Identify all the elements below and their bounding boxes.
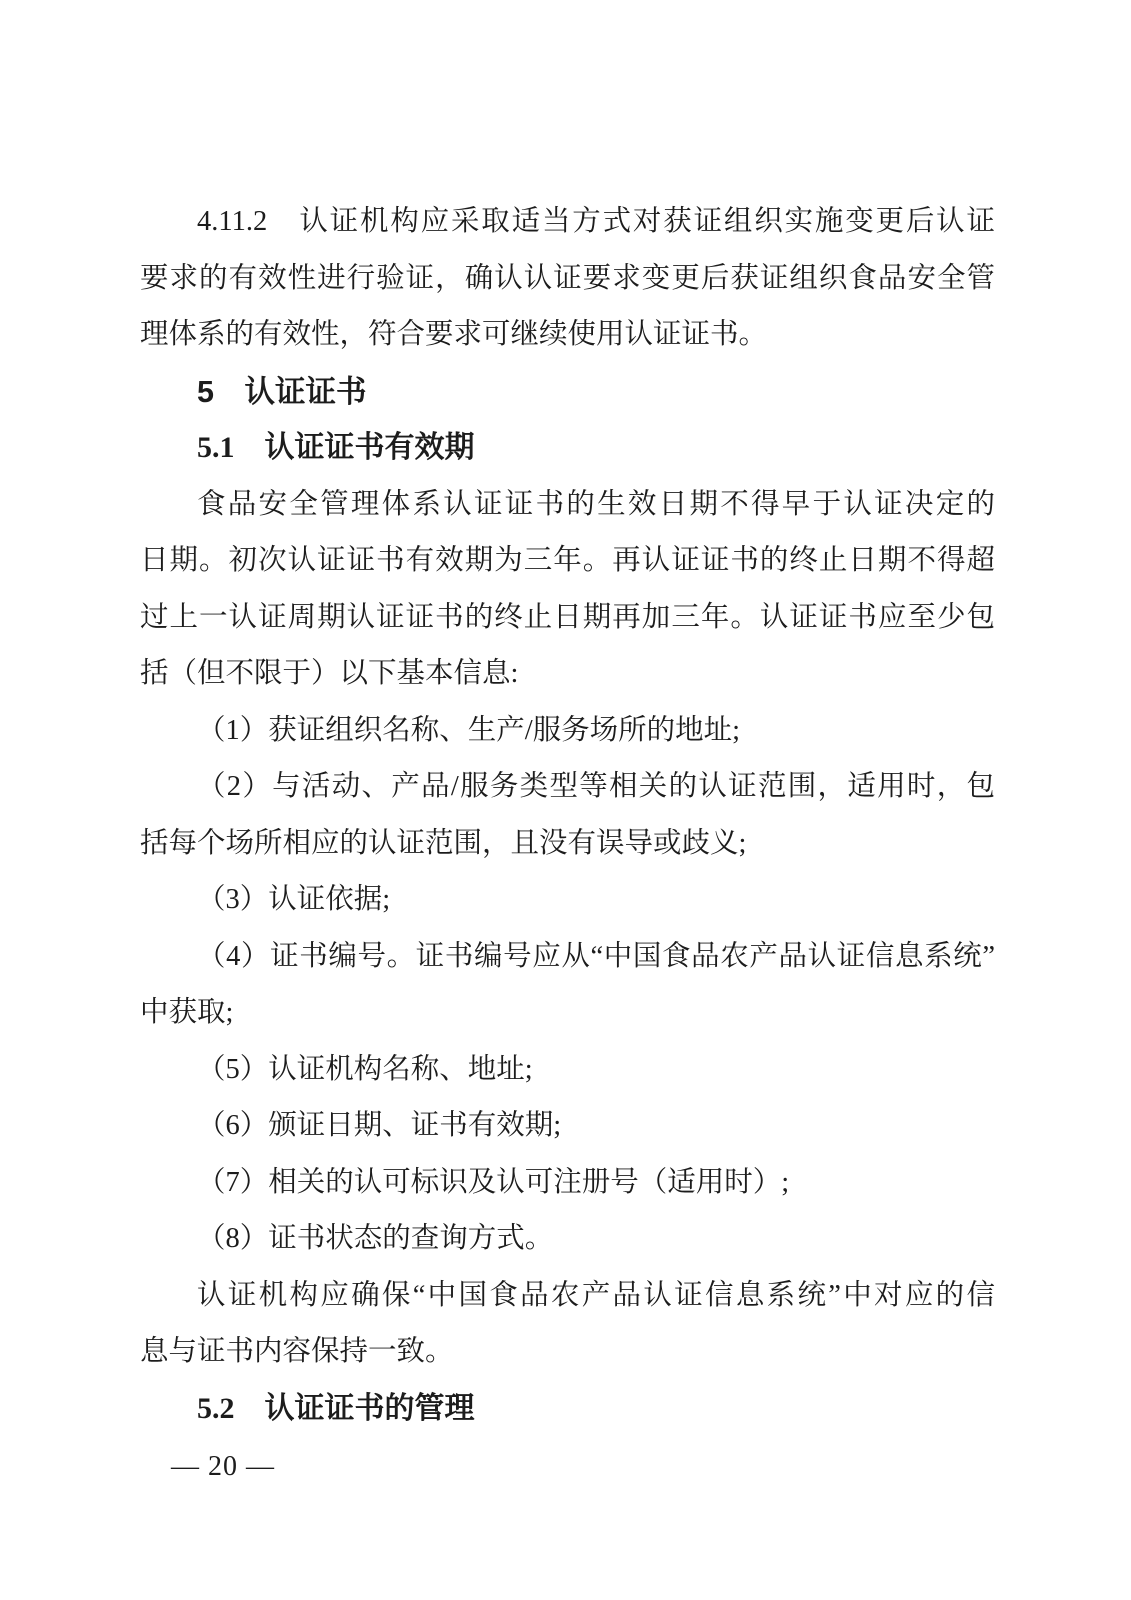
text-line: 食品安全管理体系认证证书的生效日期不得早于认证决定的 [140, 477, 995, 534]
text-line: （6）颁证日期、证书有效期; [140, 1098, 995, 1155]
text-line: （2）与活动、产品/服务类型等相关的认证范围，适用时，包 [140, 759, 995, 816]
list-item-2: （2）与活动、产品/服务类型等相关的认证范围，适用时，包 括每个场所相应的认证范… [140, 759, 995, 872]
list-item-1: （1）获证组织名称、生产/服务场所的地址; [140, 703, 995, 760]
list-item-8: （8）证书状态的查询方式。 [140, 1211, 995, 1268]
document-page: 4.11.2 认证机构应采取适当方式对获证组织实施变更后认证 要求的有效性进行验… [0, 0, 1131, 1600]
list-item-4: （4）证书编号。证书编号应从“中国食品农产品认证信息系统” 中获取; [140, 929, 995, 1042]
section-5-1-heading: 5.1 认证证书有效期 [140, 420, 995, 477]
text-line: 息与证书内容保持一致。 [140, 1324, 995, 1381]
heading-text: 5.2 认证证书的管理 [140, 1381, 995, 1438]
paragraph-clause-4-11-2: 4.11.2 认证机构应采取适当方式对获证组织实施变更后认证 要求的有效性进行验… [140, 194, 995, 364]
list-item-5: （5）认证机构名称、地址; [140, 1042, 995, 1099]
text-line: （5）认证机构名称、地址; [140, 1042, 995, 1099]
list-item-3: （3）认证依据; [140, 872, 995, 929]
text-line: （3）认证依据; [140, 872, 995, 929]
text-line: 中获取; [140, 985, 995, 1042]
paragraph-information-consistency: 认证机构应确保“中国食品农产品认证信息系统”中对应的信 息与证书内容保持一致。 [140, 1268, 995, 1381]
section-5-2-heading: 5.2 认证证书的管理 [140, 1381, 995, 1438]
text-line: 4.11.2 认证机构应采取适当方式对获证组织实施变更后认证 [140, 194, 995, 251]
text-line: （4）证书编号。证书编号应从“中国食品农产品认证信息系统” [140, 929, 995, 986]
heading-text: 5 认证证书 [140, 364, 995, 421]
paragraph-certificate-validity: 食品安全管理体系认证证书的生效日期不得早于认证决定的 日期。初次认证证书有效期为… [140, 477, 995, 703]
text-line: （7）相关的认可标识及认可注册号（适用时）; [140, 1155, 995, 1212]
heading-text: 5.1 认证证书有效期 [140, 420, 995, 477]
list-item-6: （6）颁证日期、证书有效期; [140, 1098, 995, 1155]
text-line: 理体系的有效性，符合要求可继续使用认证证书。 [140, 307, 995, 364]
list-item-7: （7）相关的认可标识及认可注册号（适用时）; [140, 1155, 995, 1212]
text-line: 括每个场所相应的认证范围，且没有误导或歧义; [140, 816, 995, 873]
document-content: 4.11.2 认证机构应采取适当方式对获证组织实施变更后认证 要求的有效性进行验… [140, 194, 995, 1437]
section-5-heading: 5 认证证书 [140, 364, 995, 421]
text-line: 过上一认证周期认证证书的终止日期再加三年。认证证书应至少包 [140, 590, 995, 647]
text-line: 认证机构应确保“中国食品农产品认证信息系统”中对应的信 [140, 1268, 995, 1325]
text-line: （8）证书状态的查询方式。 [140, 1211, 995, 1268]
text-line: 日期。初次认证证书有效期为三年。再认证证书的终止日期不得超 [140, 533, 995, 590]
text-line: 要求的有效性进行验证，确认认证要求变更后获证组织食品安全管 [140, 251, 995, 308]
text-line: 括（但不限于）以下基本信息: [140, 646, 995, 703]
text-line: （1）获证组织名称、生产/服务场所的地址; [140, 703, 995, 760]
page-number: — 20 — [171, 1447, 275, 1487]
